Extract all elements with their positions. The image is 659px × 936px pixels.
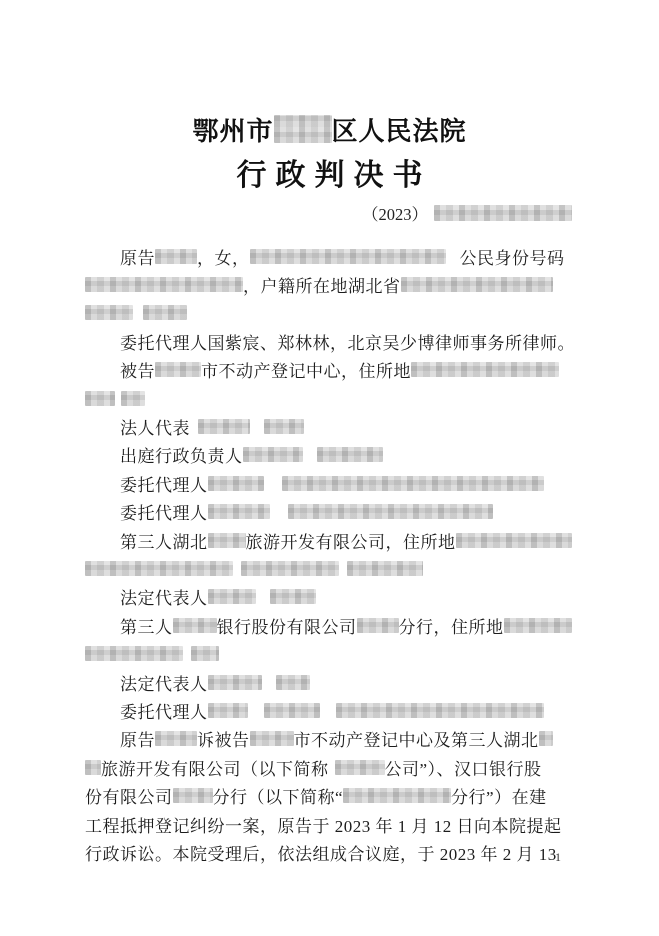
text-run: 委托代理人 <box>120 499 208 524</box>
text-run: 出庭行政负责人 <box>120 442 243 467</box>
document-line: 委托代理人国紫宸、郑林林，北京吴少博律师事务所律师。 <box>85 327 578 355</box>
text-run: 委托代理人 <box>120 471 208 496</box>
text-run: 原告 <box>120 726 155 751</box>
document-line: 第三人银行股份有限公司分行，住所地 <box>85 611 578 639</box>
redaction-block <box>191 646 219 661</box>
redaction-block <box>317 447 383 462</box>
redaction-block <box>264 703 320 718</box>
spacer <box>329 767 335 768</box>
document-line: 旅游开发有限公司（以下简称公司”）、汉口银行股 <box>85 753 578 781</box>
document-body: 原告，女，公民身份号码，户籍所在地湖北省委托代理人国紫宸、郑林林，北京吴少博律师… <box>85 242 578 867</box>
redaction-block <box>85 646 183 661</box>
redaction-block <box>335 760 385 775</box>
redaction-block <box>155 249 197 264</box>
court-name-line: 鄂州市区人民法院 <box>0 112 659 146</box>
redaction-block <box>155 731 197 746</box>
redaction-block <box>85 760 101 775</box>
redaction-block <box>243 447 303 462</box>
redaction-block <box>143 305 187 320</box>
text-run: 被告 <box>120 357 155 382</box>
redaction-block <box>250 731 294 746</box>
redaction-block <box>85 305 133 320</box>
spacer <box>320 710 336 711</box>
redaction-block <box>173 618 217 633</box>
redaction-block <box>208 589 256 604</box>
document-line: 第三人湖北旅游开发有限公司，住所地 <box>85 526 578 554</box>
redaction-block <box>347 561 423 576</box>
text-run: 份有限公司 <box>85 783 173 808</box>
redaction-block <box>411 362 559 377</box>
text-run: 委托代理人 <box>120 698 208 723</box>
document-line: 原告诉被告市不动产登记中心及第三人湖北 <box>85 725 578 753</box>
spacer <box>183 653 191 654</box>
spacer <box>446 256 460 257</box>
redaction-block <box>504 618 572 633</box>
text-run: 第三人 <box>120 613 173 638</box>
document-line: 份有限公司分行（以下简称“分行”）在建 <box>85 781 578 809</box>
text-run: 分行（以下简称“ <box>213 783 344 808</box>
text-run: 委托代理人国紫宸、郑林林，北京吴少博律师事务所律师。 <box>120 329 575 354</box>
text-run: 行政诉讼。本院受理后，依法组成合议庭，于 2023 年 2 月 13 <box>85 840 557 865</box>
page-number: 1 <box>548 850 568 865</box>
redaction-block <box>85 391 115 406</box>
document-line: 法人代表 <box>85 412 578 440</box>
redaction-block <box>357 618 399 633</box>
spacer <box>264 483 282 484</box>
text-run: 旅游开发有限公司（以下简称 <box>101 755 329 780</box>
text-run: 区人民法院 <box>332 111 467 148</box>
document-line: 委托代理人 <box>85 469 578 497</box>
redaction-block <box>401 277 553 292</box>
text-run: 公民身份号码 <box>460 244 565 269</box>
document-line <box>85 554 578 582</box>
spacer <box>248 710 264 711</box>
spacer <box>250 426 264 427</box>
document-line: 法定代表人 <box>85 583 578 611</box>
redaction-block <box>208 476 264 491</box>
redaction-block <box>121 391 145 406</box>
redaction-block <box>336 703 544 718</box>
document-line: 出庭行政负责人 <box>85 441 578 469</box>
text-run: ，户籍所在地湖北省 <box>243 272 401 297</box>
text-run: 工程抵押登记纠纷一案，原告于 2023 年 1 月 12 日向本院提起 <box>85 812 562 837</box>
text-run: 鄂州市 <box>192 111 273 148</box>
spacer <box>133 312 143 313</box>
document-line <box>85 639 578 667</box>
spacer <box>190 426 198 427</box>
document-line <box>85 384 578 412</box>
redaction-block <box>208 533 246 548</box>
spacer <box>262 682 276 683</box>
redaction-block <box>198 419 250 434</box>
document-line: 委托代理人 <box>85 696 578 724</box>
case-number-line: （2023） <box>85 200 572 226</box>
text-run: 法定代表人 <box>120 584 208 609</box>
text-run: 原告 <box>120 244 155 269</box>
text-run: 分行”）在建 <box>451 783 547 808</box>
redaction-block <box>434 205 572 221</box>
redaction-block <box>208 703 248 718</box>
redaction-block <box>274 115 332 143</box>
document-line: 行政诉讼。本院受理后，依法组成合议庭，于 2023 年 2 月 13 <box>85 838 578 866</box>
spacer <box>303 454 317 455</box>
text-run: 市不动产登记中心，住所地 <box>201 357 411 382</box>
redaction-block <box>539 731 553 746</box>
document-line: 原告，女，公民身份号码 <box>85 242 578 270</box>
redaction-block <box>208 504 270 519</box>
redaction-block <box>276 675 310 690</box>
document-line: 法定代表人 <box>85 668 578 696</box>
document-title: 行政判决书 <box>0 153 659 191</box>
redaction-block <box>288 504 493 519</box>
spacer <box>256 596 270 597</box>
redaction-block <box>85 561 233 576</box>
document-line: 委托代理人 <box>85 498 578 526</box>
spacer <box>339 568 347 569</box>
text-run: 法定代表人 <box>120 670 208 695</box>
redaction-block <box>456 533 572 548</box>
redaction-block <box>282 476 544 491</box>
redaction-block <box>85 277 243 292</box>
redaction-block <box>173 788 213 803</box>
redaction-block <box>155 362 201 377</box>
document-line: 工程抵押登记纠纷一案，原告于 2023 年 1 月 12 日向本院提起 <box>85 810 578 838</box>
redaction-block <box>264 419 304 434</box>
text-run: （2023） <box>362 201 428 225</box>
redaction-block <box>208 675 262 690</box>
text-run: 银行股份有限公司 <box>217 613 357 638</box>
document-line: ，户籍所在地湖北省 <box>85 270 578 298</box>
document-line: 被告市不动产登记中心，住所地 <box>85 356 578 384</box>
document-line <box>85 299 578 327</box>
redaction-block <box>270 589 316 604</box>
spacer <box>233 568 241 569</box>
text-run: 市不动产登记中心及第三人湖北 <box>294 726 539 751</box>
redaction-block <box>343 788 451 803</box>
text-run: 诉被告 <box>197 726 250 751</box>
text-run: 分行，住所地 <box>399 613 504 638</box>
judgment-document-page: 鄂州市区人民法院 行政判决书 （2023） 原告，女，公民身份号码，户籍所在地湖… <box>0 0 659 936</box>
text-run: ，女， <box>197 244 250 269</box>
redaction-block <box>241 561 339 576</box>
spacer <box>270 511 288 512</box>
text-run: 法人代表 <box>120 414 190 439</box>
text-run: 公司”）、汉口银行股 <box>385 755 542 780</box>
text-run: 旅游开发有限公司，住所地 <box>246 528 456 553</box>
text-run: 第三人湖北 <box>120 528 208 553</box>
redaction-block <box>250 249 446 264</box>
